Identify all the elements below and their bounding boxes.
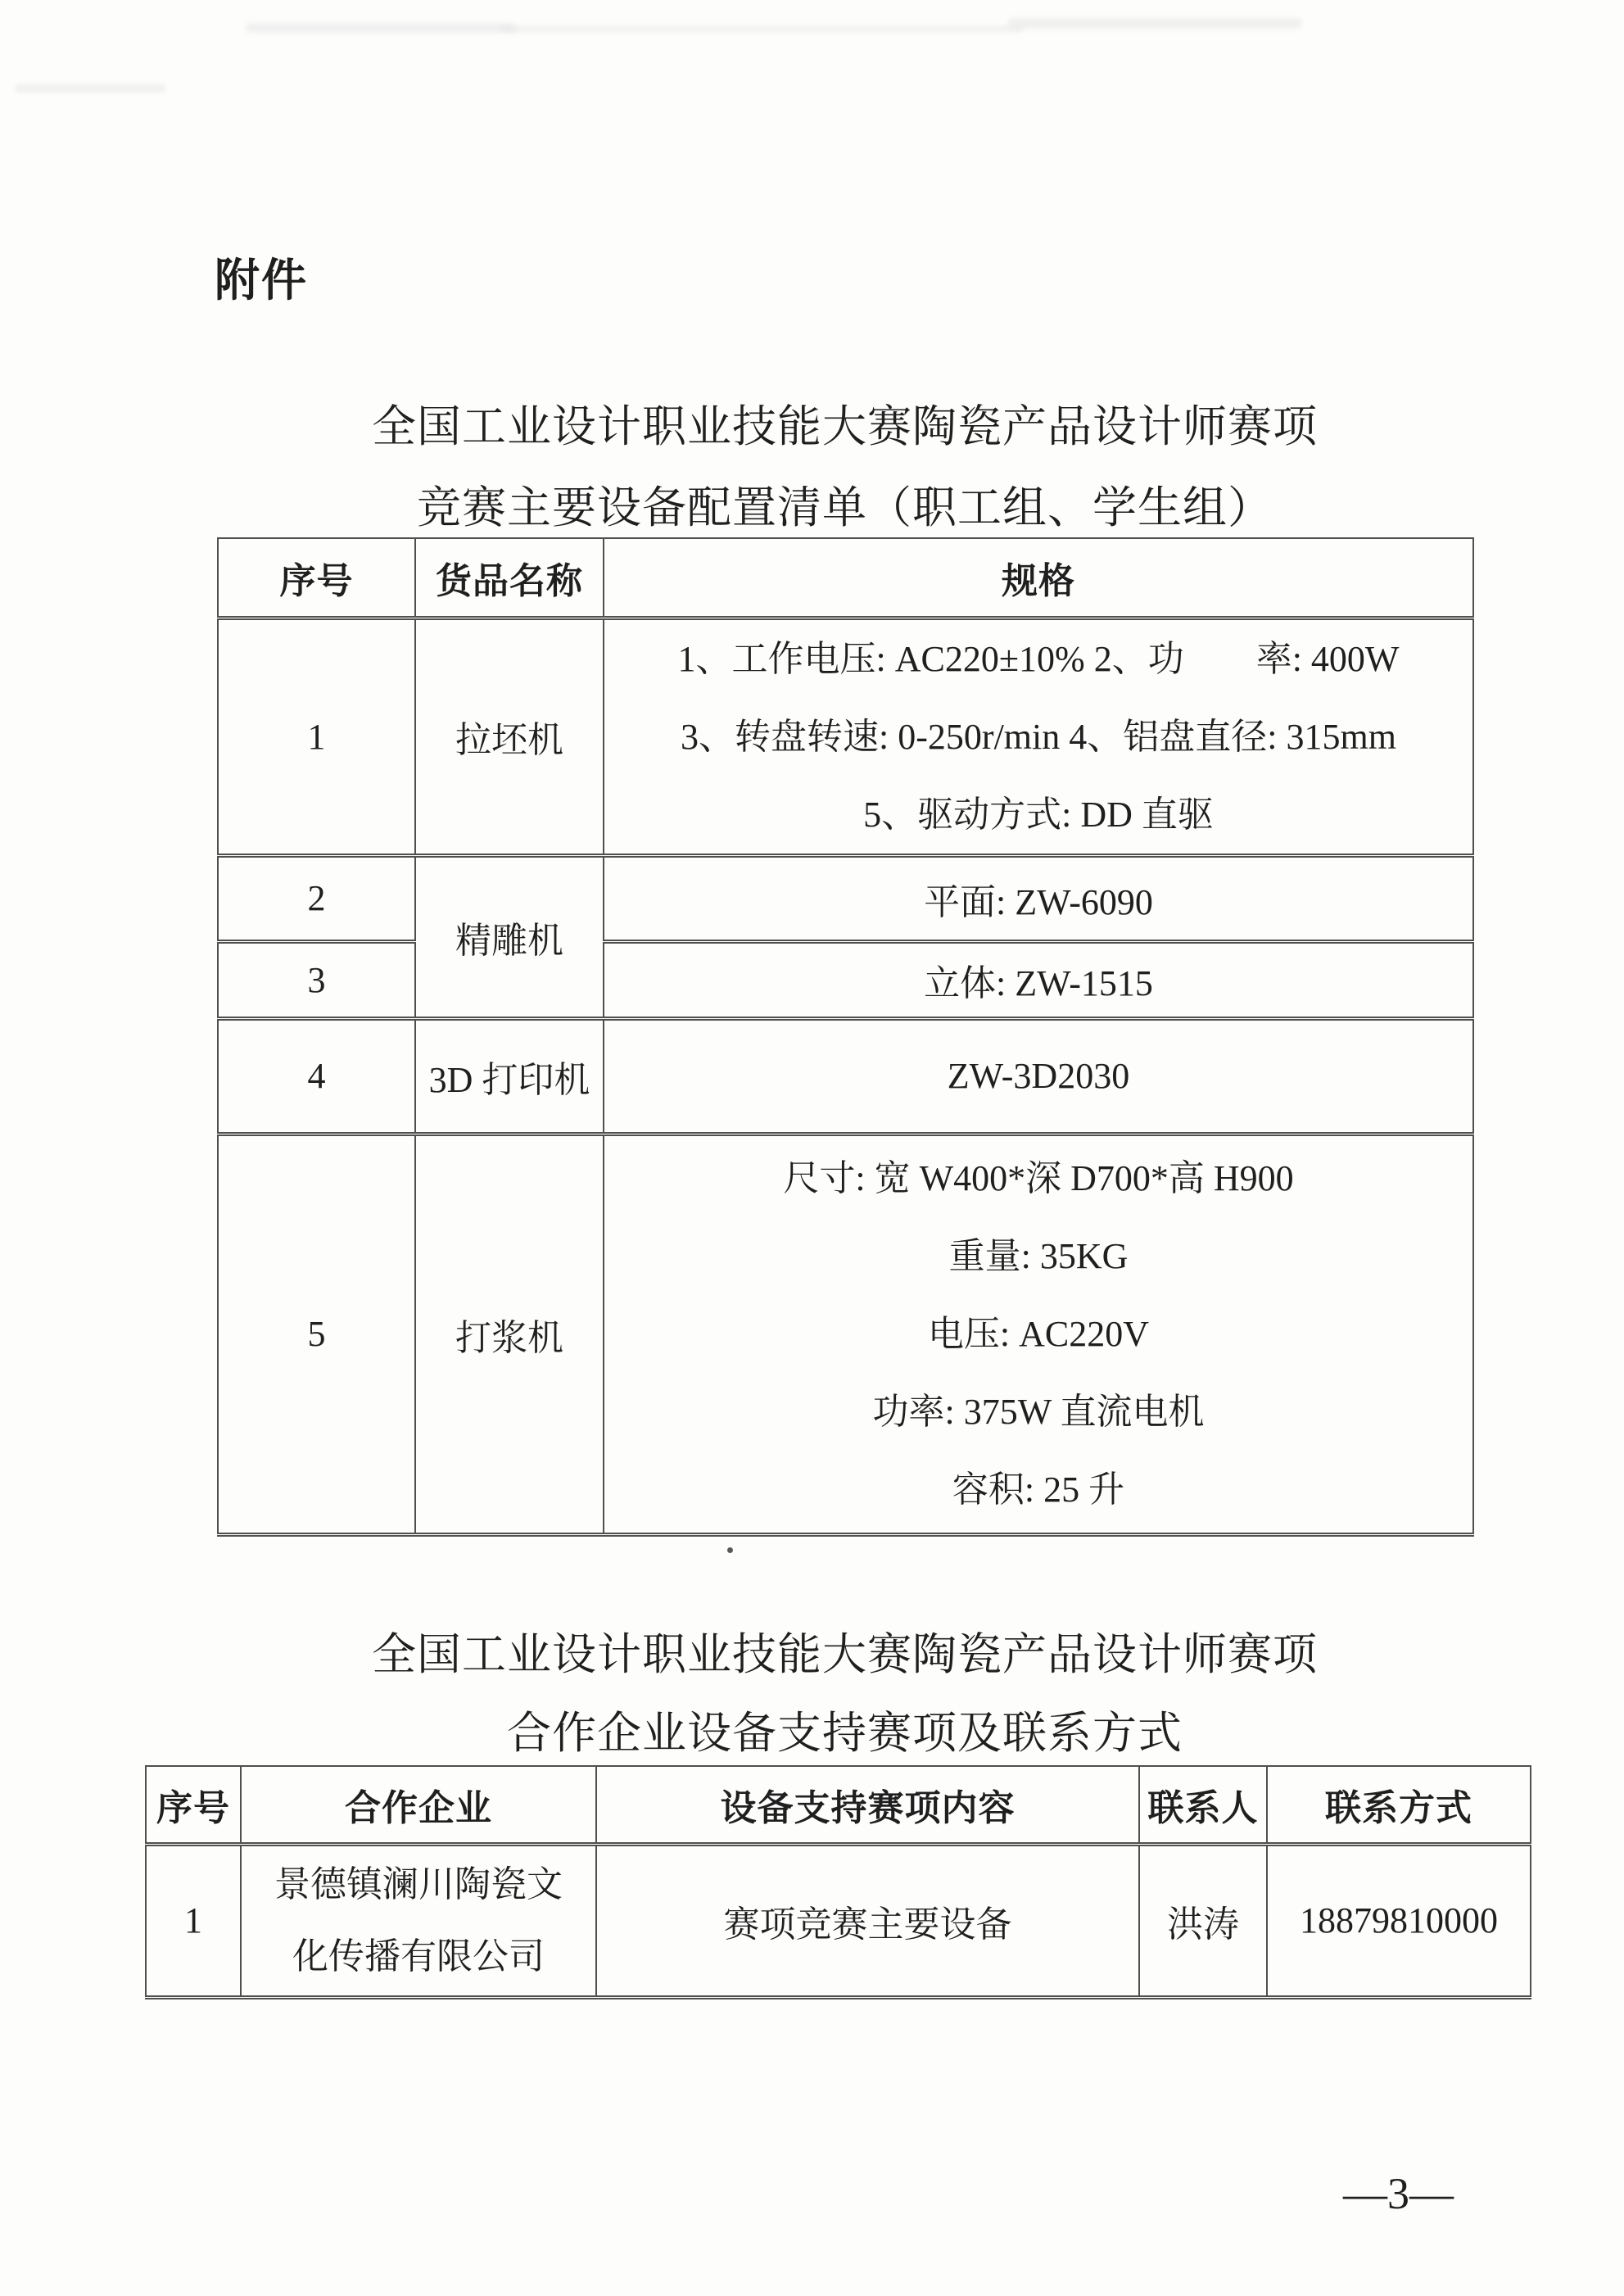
spec-line: 功率: 375W 直流电机 [604, 1373, 1472, 1451]
partner-header-contact-name: 联系人 [1139, 1766, 1267, 1844]
spec-line: 容积: 25 升 [604, 1451, 1472, 1528]
serial-cell: 3 [218, 941, 415, 1018]
section1-title-line1: 全国工业设计职业技能大赛陶瓷产品设计师赛项 [217, 401, 1472, 453]
item-name-cell-merged: 精雕机 [415, 855, 604, 1018]
section1-title-line2: 竞赛主要设备配置清单（职工组、学生组） [217, 482, 1472, 534]
spec-line: 重量: 35KG [604, 1217, 1472, 1295]
equipment-table: 序号 货品名称 规格 1 拉坯机 1、工作电压: AC220±10% 2、功 率… [217, 537, 1474, 1537]
company-cell: 景德镇澜川陶瓷文 化传播有限公司 [241, 1844, 596, 1997]
contact-name-cell: 洪涛 [1139, 1844, 1267, 1997]
spec-cell: 立体: ZW-1515 [604, 941, 1473, 1018]
spec-cell: ZW-3D2030 [604, 1018, 1473, 1134]
table-row: 3 立体: ZW-1515 [218, 941, 1473, 1018]
spec-line: 尺寸: 宽 W400*深 D700*高 H900 [604, 1139, 1472, 1217]
serial-cell: 4 [218, 1018, 415, 1134]
partner-header-contact-phone: 联系方式 [1267, 1766, 1531, 1844]
serial-cell: 1 [218, 618, 415, 855]
serial-cell: 5 [218, 1134, 415, 1534]
table-row: 2 精雕机 平面: ZW-6090 [218, 855, 1473, 941]
section2-title-line2: 合作企业设备支持赛项及联系方式 [217, 1707, 1472, 1759]
spec-line: 3、转盘转速: 0-250r/min 4、铝盘直径: 315mm [604, 698, 1472, 776]
attachment-label: 附件 [215, 244, 308, 309]
spec-line: 5、驱动方式: DD 直驱 [604, 776, 1472, 854]
scan-artifact [1007, 18, 1302, 29]
section2-title-line1: 全国工业设计职业技能大赛陶瓷产品设计师赛项 [217, 1628, 1472, 1681]
spec-line: 电压: AC220V [604, 1295, 1472, 1373]
serial-cell: 1 [146, 1844, 241, 1997]
spec-cell: 平面: ZW-6090 [604, 855, 1473, 941]
spec-cell: 尺寸: 宽 W400*深 D700*高 H900 重量: 35KG 电压: AC… [604, 1134, 1473, 1534]
company-name-line: 景德镇澜川陶瓷文 [242, 1849, 595, 1921]
table-row: 5 打浆机 尺寸: 宽 W400*深 D700*高 H900 重量: 35KG … [218, 1134, 1473, 1534]
document-page: 附件 全国工业设计职业技能大赛陶瓷产品设计师赛项 竞赛主要设备配置清单（职工组、… [0, 0, 1624, 2296]
spec-line: 1、工作电压: AC220±10% 2、功 率: 400W [604, 620, 1472, 698]
equipment-header-spec: 规格 [604, 538, 1473, 618]
item-name-cell: 拉坯机 [415, 618, 604, 855]
partner-table-header-row: 序号 合作企业 设备支持赛项内容 联系人 联系方式 [146, 1766, 1531, 1844]
item-name-cell: 3D 打印机 [415, 1018, 604, 1134]
equipment-header-item-name: 货品名称 [415, 538, 604, 618]
equipment-header-serial: 序号 [218, 538, 415, 618]
partner-header-serial: 序号 [146, 1766, 241, 1844]
table-row: 1 景德镇澜川陶瓷文 化传播有限公司 赛项竞赛主要设备 洪涛 188798100… [146, 1844, 1531, 1997]
serial-cell: 2 [218, 855, 415, 941]
partner-table: 序号 合作企业 设备支持赛项内容 联系人 联系方式 1 景德镇澜川陶瓷文 化传播… [145, 1765, 1531, 1999]
support-content-cell: 赛项竞赛主要设备 [596, 1844, 1139, 1997]
table-row: 1 拉坯机 1、工作电压: AC220±10% 2、功 率: 400W 3、转盘… [218, 618, 1473, 855]
company-name-line: 化传播有限公司 [242, 1921, 595, 1993]
spec-cell: 1、工作电压: AC220±10% 2、功 率: 400W 3、转盘转速: 0-… [604, 618, 1473, 855]
partner-header-company: 合作企业 [241, 1766, 596, 1844]
scan-dot-artifact [727, 1547, 733, 1553]
scan-artifact [15, 84, 166, 93]
partner-header-support-content: 设备支持赛项内容 [596, 1766, 1139, 1844]
table-row: 4 3D 打印机 ZW-3D2030 [218, 1018, 1473, 1134]
page-number: —3— [1343, 2169, 1523, 2218]
scan-artifact [246, 23, 516, 33]
scan-artifact [500, 26, 1024, 32]
item-name-cell: 打浆机 [415, 1134, 604, 1534]
equipment-table-header-row: 序号 货品名称 规格 [218, 538, 1473, 618]
contact-phone-cell: 18879810000 [1267, 1844, 1531, 1997]
